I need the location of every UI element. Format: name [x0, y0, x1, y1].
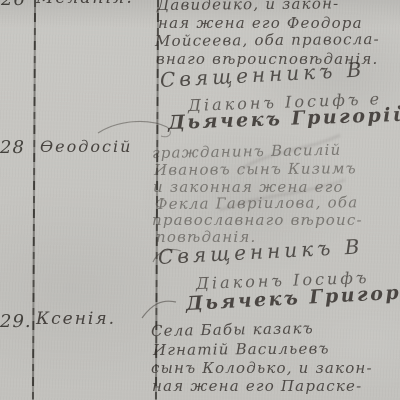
- entry-text-line: ная жена его Параске-: [152, 379, 362, 394]
- column-rule-left: [32, 0, 36, 400]
- entry-number: 29.: [0, 313, 32, 331]
- entry-name: Меланія.: [36, 0, 134, 7]
- entry-text-line: православнаго вѣроис-: [152, 213, 363, 228]
- scanned-register-page: 26 Меланія. Давидейко, и закон- ная жена…: [0, 0, 400, 400]
- entry-text-line: Игнатій Васильевъ: [153, 341, 330, 358]
- entry-number: 26: [1, 0, 26, 9]
- entry-text-line: Фекла Гавріилова, оба: [155, 195, 358, 212]
- entry-number: 28: [0, 139, 25, 157]
- entry-text-line: сынъ Колодько, и закон-: [151, 361, 373, 376]
- entry-name: Ѳеодосій: [40, 139, 132, 155]
- entry-name: Ксенія.: [36, 311, 116, 328]
- entry-text-line: гражданинъ Василій: [152, 143, 342, 161]
- entry-text-line: Села Бабы казакъ: [151, 321, 314, 339]
- entry-text-line: ная жена его Феодора: [158, 16, 363, 31]
- entry-text-line: Ивановъ сынъ Кизимъ: [154, 161, 357, 178]
- entry-text-line: Мойсеева, оба правосла-: [155, 32, 380, 49]
- entry-text-line: Давидейко, и закон-: [157, 0, 340, 13]
